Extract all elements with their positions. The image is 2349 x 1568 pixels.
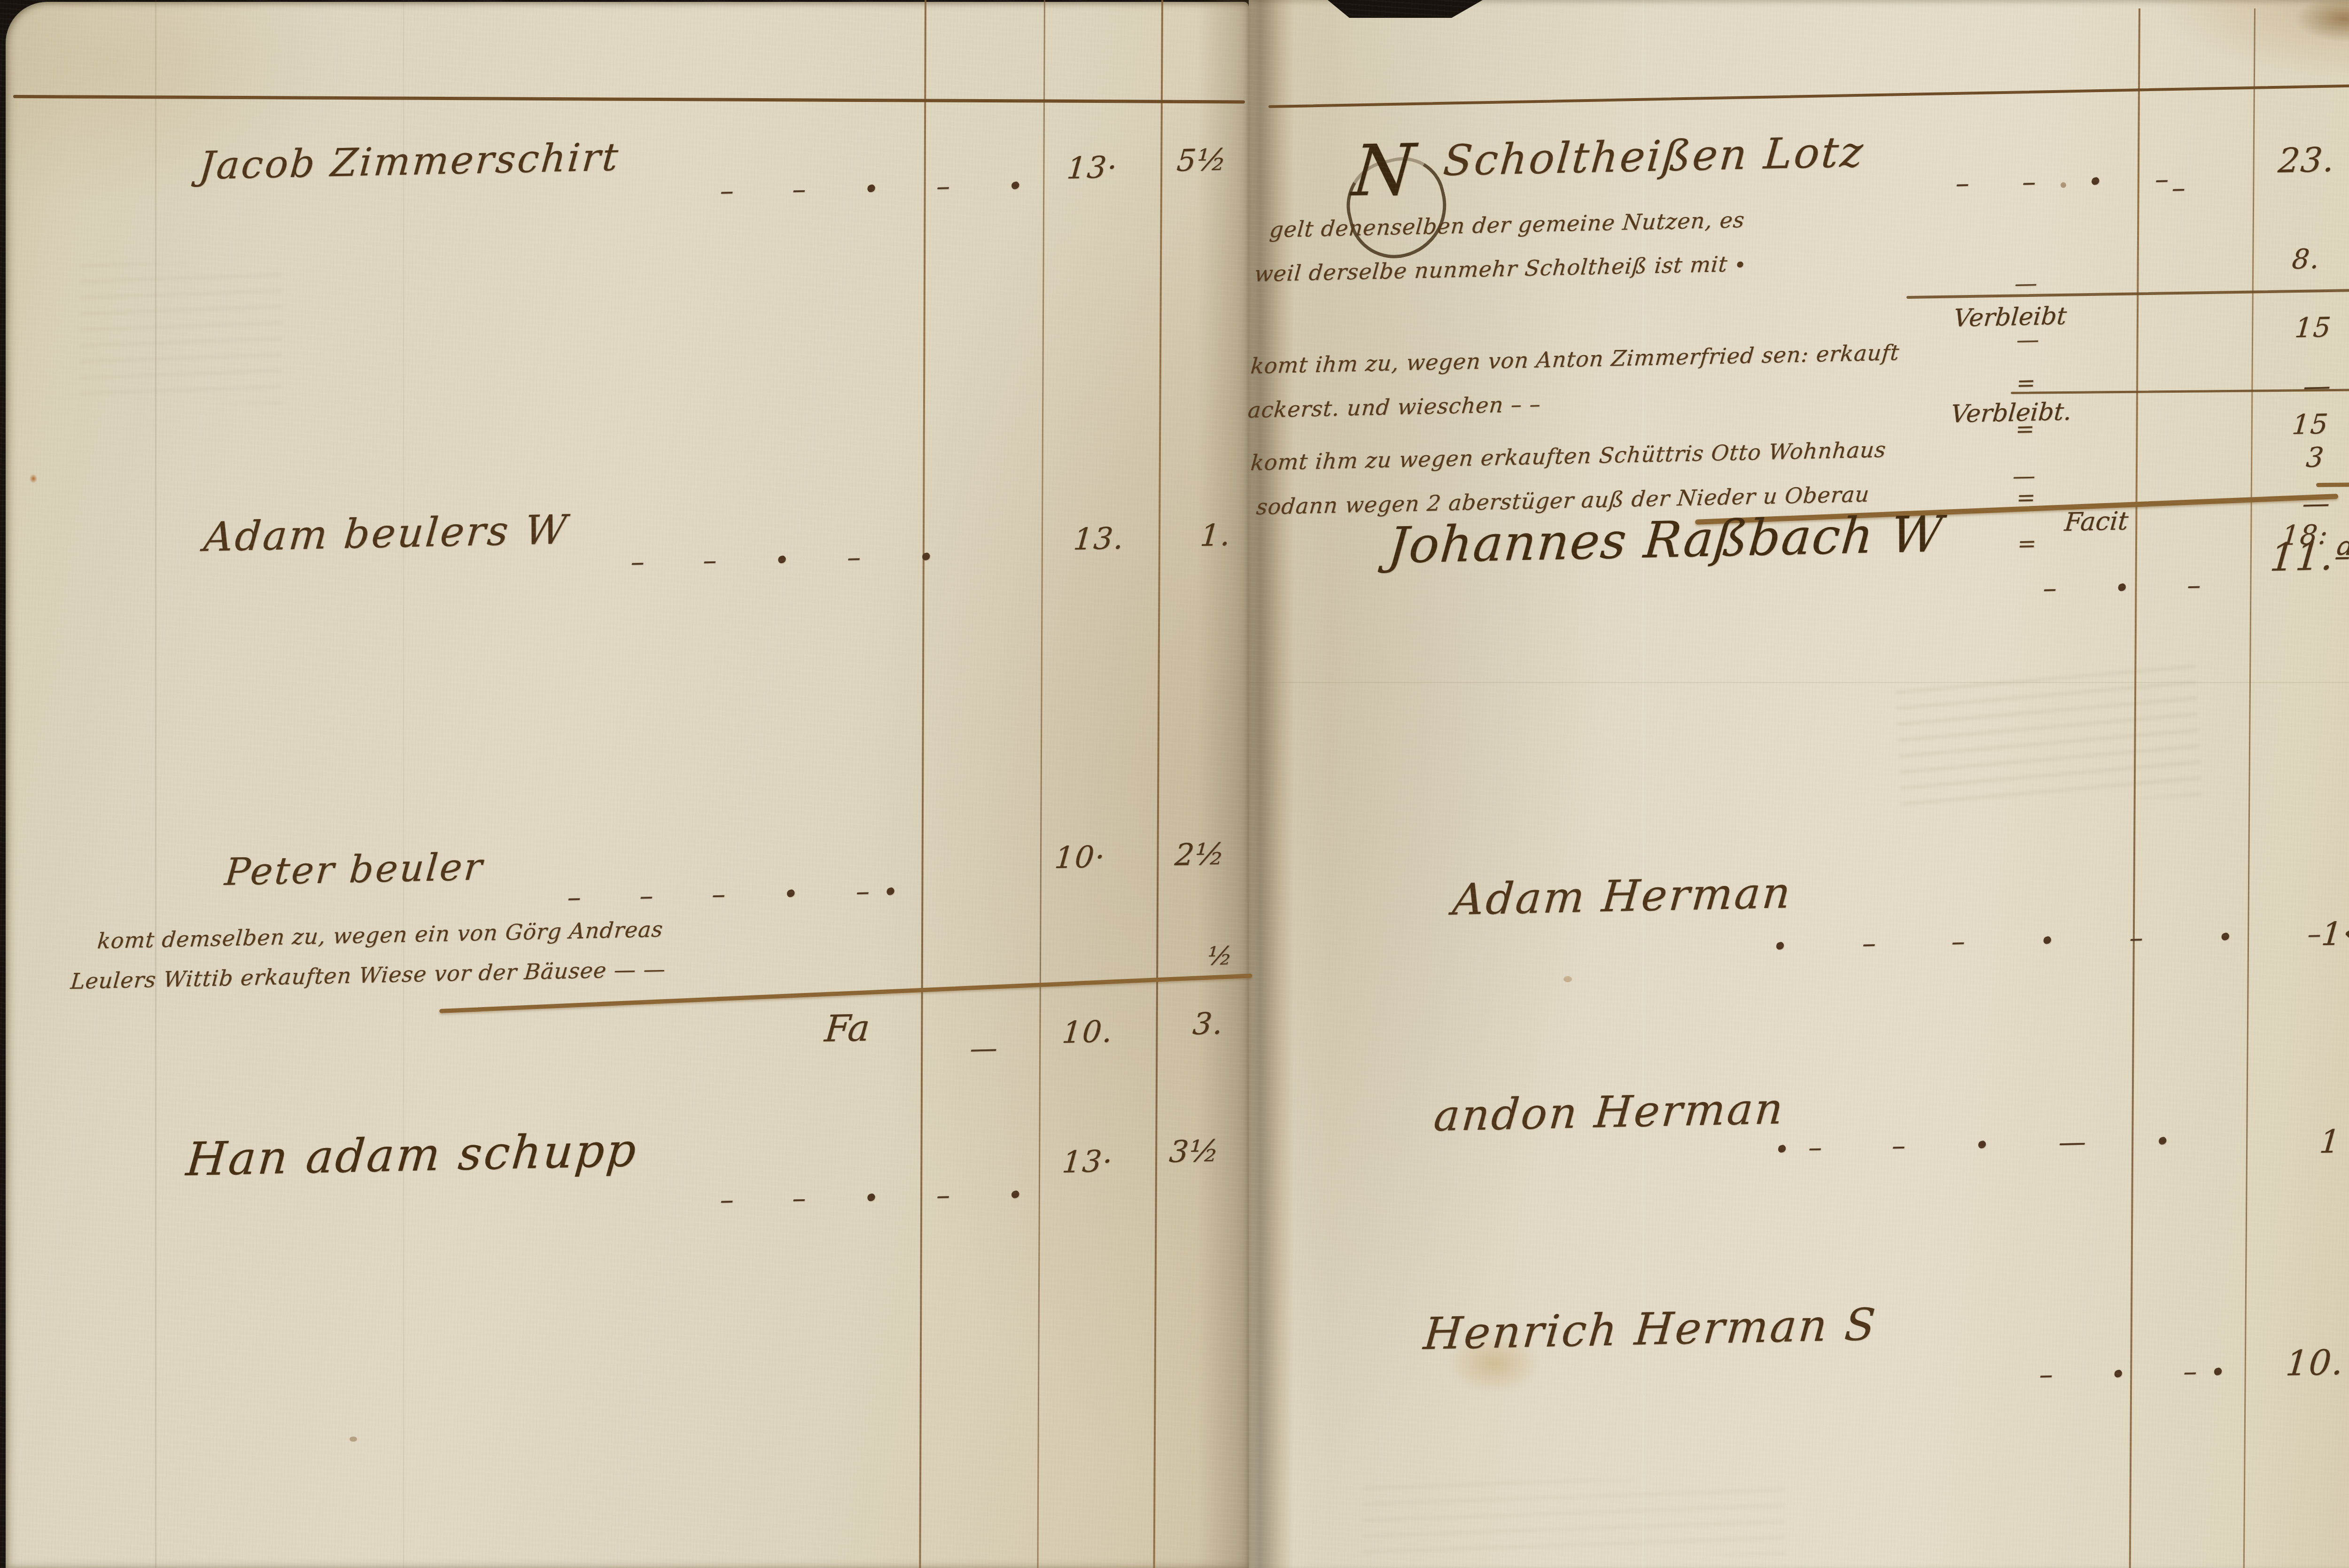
sum-amount: 10.	[1061, 1015, 1114, 1050]
entry-name: Jacob Zimmerschirt	[197, 135, 622, 188]
entry-name: Han adam schupp	[184, 1124, 640, 1187]
column-dash: —	[2014, 270, 2041, 297]
column-dash: =	[2015, 370, 2039, 396]
entry-amount: 1·	[2320, 916, 2349, 953]
detail-amount: 15	[2294, 311, 2333, 344]
column-dash: =	[2015, 416, 2038, 442]
column-dash: =	[2015, 484, 2039, 511]
detail-amount: —	[2302, 370, 2333, 402]
entry-fraction: 5½	[1175, 143, 1229, 179]
entry-amount: 11.ª	[2268, 534, 2349, 580]
entry-amount: 13·	[1061, 1144, 1114, 1180]
note-fraction: ½	[1206, 941, 1235, 971]
sum-fraction: 3.	[1191, 1007, 1225, 1042]
entry-fraction: 1.	[1199, 518, 1232, 553]
entry-name: Henrich Herman S	[1422, 1299, 1879, 1360]
entry-name: Peter beuler	[223, 845, 486, 894]
facit-label: Facit	[2063, 506, 2130, 537]
detail-amount: —	[2301, 487, 2332, 520]
verbleibt-label: Verbleibt.	[1950, 398, 2073, 428]
detail-amount: 3	[2305, 441, 2326, 474]
detail-amount: 15	[2291, 408, 2330, 441]
entry-amount: 13.	[1072, 521, 1126, 557]
column-dash: —	[2015, 326, 2043, 353]
entry-amount: 10.	[2284, 1342, 2346, 1384]
entry-fraction: 2½	[1174, 837, 1227, 873]
entry-dash-leader: – – ∙ – ∙	[719, 168, 1038, 207]
entry-name: Adam Herman	[1451, 868, 1794, 925]
entry-amount: 13·	[1066, 150, 1119, 186]
verbleibt-label: Verbleibt	[1952, 302, 2068, 333]
sum-sign: Fa	[823, 1007, 871, 1050]
entry-amount: 1	[2318, 1123, 2342, 1161]
sum-dash: —	[969, 1032, 1013, 1064]
entry-dash-leader: – – ∙ –	[1954, 163, 2181, 199]
entry-dash-leader: – – ∙ – ∙	[630, 539, 949, 578]
entry-name: Johannes Raßbach W	[1386, 505, 1945, 574]
left-page	[6, 2, 1249, 1568]
entry-name: Scholtheißen Lotz	[1441, 127, 1867, 186]
column-dash: –	[2170, 171, 2201, 204]
entry-name: andon Herman	[1432, 1083, 1787, 1141]
column-dash: =	[2016, 530, 2040, 557]
entry-name: Adam beulers W	[202, 506, 570, 561]
entry-amount: 10·	[1053, 840, 1107, 876]
entry-fraction: 3½	[1168, 1134, 1221, 1170]
entry-dash-leader: – ∙ –	[2042, 568, 2217, 604]
entry-dash-leader: – – ∙ – ∙	[719, 1177, 1038, 1216]
entry-amount: 23.	[2277, 140, 2337, 180]
entry-dash-leader: – ∙ –∙	[2038, 1354, 2240, 1390]
detail-amount: 8.	[2291, 243, 2321, 275]
manuscript-scan: Jacob Zimmerschirt – – ∙ – ∙ 13· 5½ Adam…	[0, 0, 2349, 1568]
